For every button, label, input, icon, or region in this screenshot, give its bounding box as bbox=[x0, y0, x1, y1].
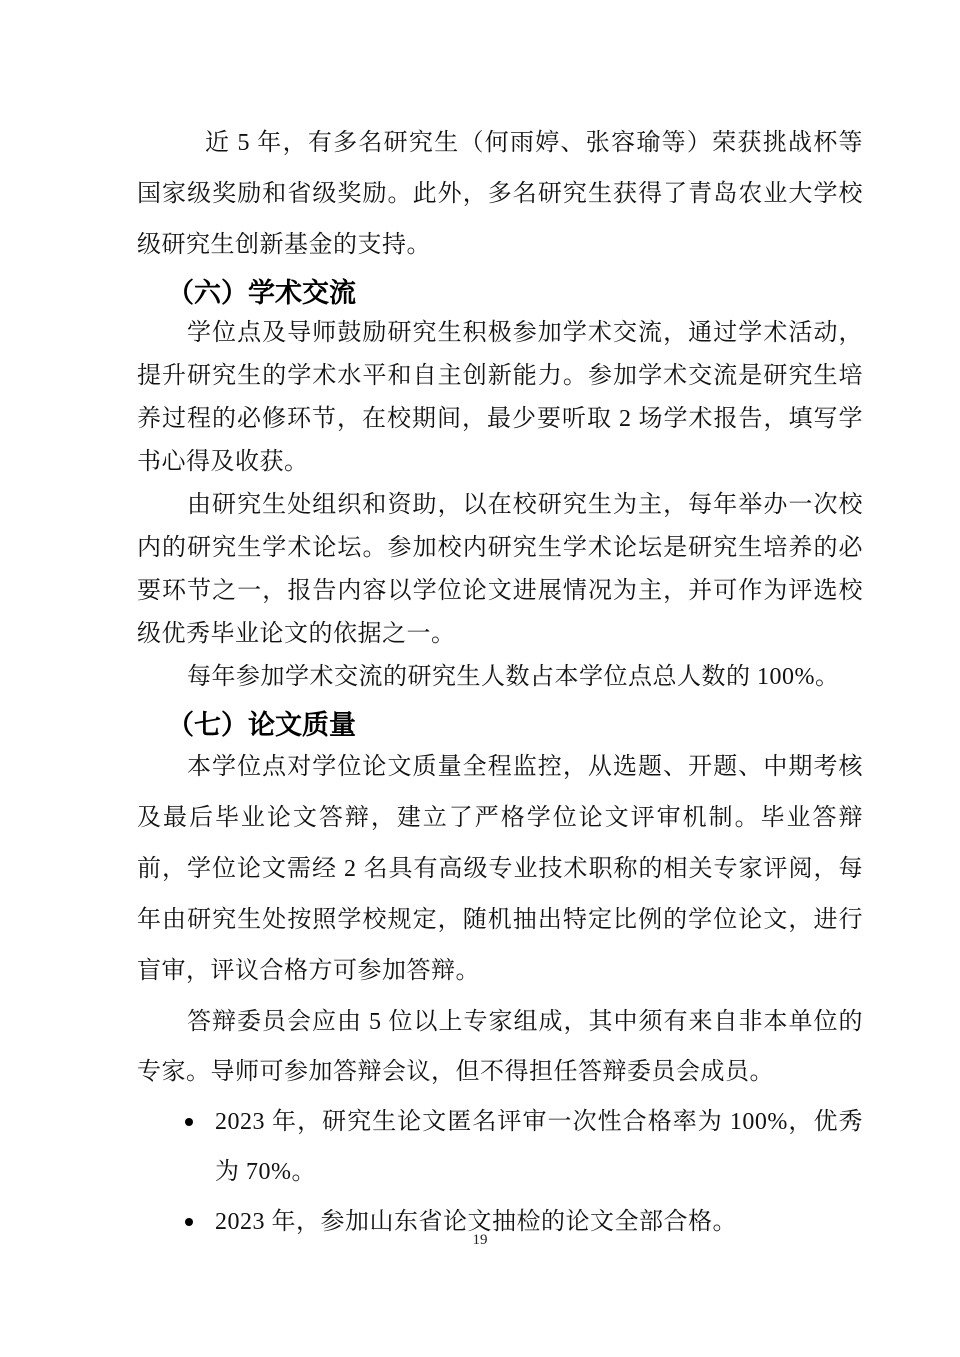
paragraph-academic-forum: 由研究生处组织和资助，以在校研究生为主，每年举办一次校内的研究生学术论坛。参加校… bbox=[137, 484, 863, 656]
document-page: 近 5 年，有多名研究生（何雨婷、张容瑜等）荣获挑战杯等国家级奖励和省级奖励。此… bbox=[0, 0, 960, 1357]
list-item-blind-review-pass-rate: 2023 年，研究生论文匿名评审一次性合格率为 100%，优秀为 70%。 bbox=[137, 1097, 863, 1197]
page-number: 19 bbox=[0, 1232, 960, 1249]
section-heading-academic-exchange: （六）学术交流 bbox=[137, 276, 863, 310]
section-heading-thesis-quality: （七）论文质量 bbox=[137, 708, 863, 742]
paragraph-thesis-review-process: 本学位点对学位论文质量全程监控，从选题、开题、中期考核及最后毕业论文答辩，建立了… bbox=[137, 742, 863, 997]
bullet-dot-icon bbox=[185, 1218, 193, 1226]
paragraph-academic-exchange-overview: 学位点及导师鼓励研究生积极参加学术交流，通过学术活动，提升研究生的学术水平和自主… bbox=[137, 312, 863, 484]
paragraph-participation-rate: 每年参加学术交流的研究生人数占本学位点总人数的 100%。 bbox=[137, 656, 863, 699]
paragraph-student-awards: 近 5 年，有多名研究生（何雨婷、张容瑜等）荣获挑战杯等国家级奖励和省级奖励。此… bbox=[137, 118, 863, 271]
bullet-list: 2023 年，研究生论文匿名评审一次性合格率为 100%，优秀为 70%。 20… bbox=[137, 1097, 863, 1247]
bullet-dot-icon bbox=[185, 1118, 193, 1126]
document-content: 近 5 年，有多名研究生（何雨婷、张容瑜等）荣获挑战杯等国家级奖励和省级奖励。此… bbox=[137, 118, 863, 1247]
bullet-text: 2023 年，研究生论文匿名评审一次性合格率为 100%，优秀为 70%。 bbox=[215, 1109, 863, 1185]
paragraph-defense-committee: 答辩委员会应由 5 位以上专家组成，其中须有来自非本单位的专家。导师可参加答辩会… bbox=[137, 997, 863, 1097]
